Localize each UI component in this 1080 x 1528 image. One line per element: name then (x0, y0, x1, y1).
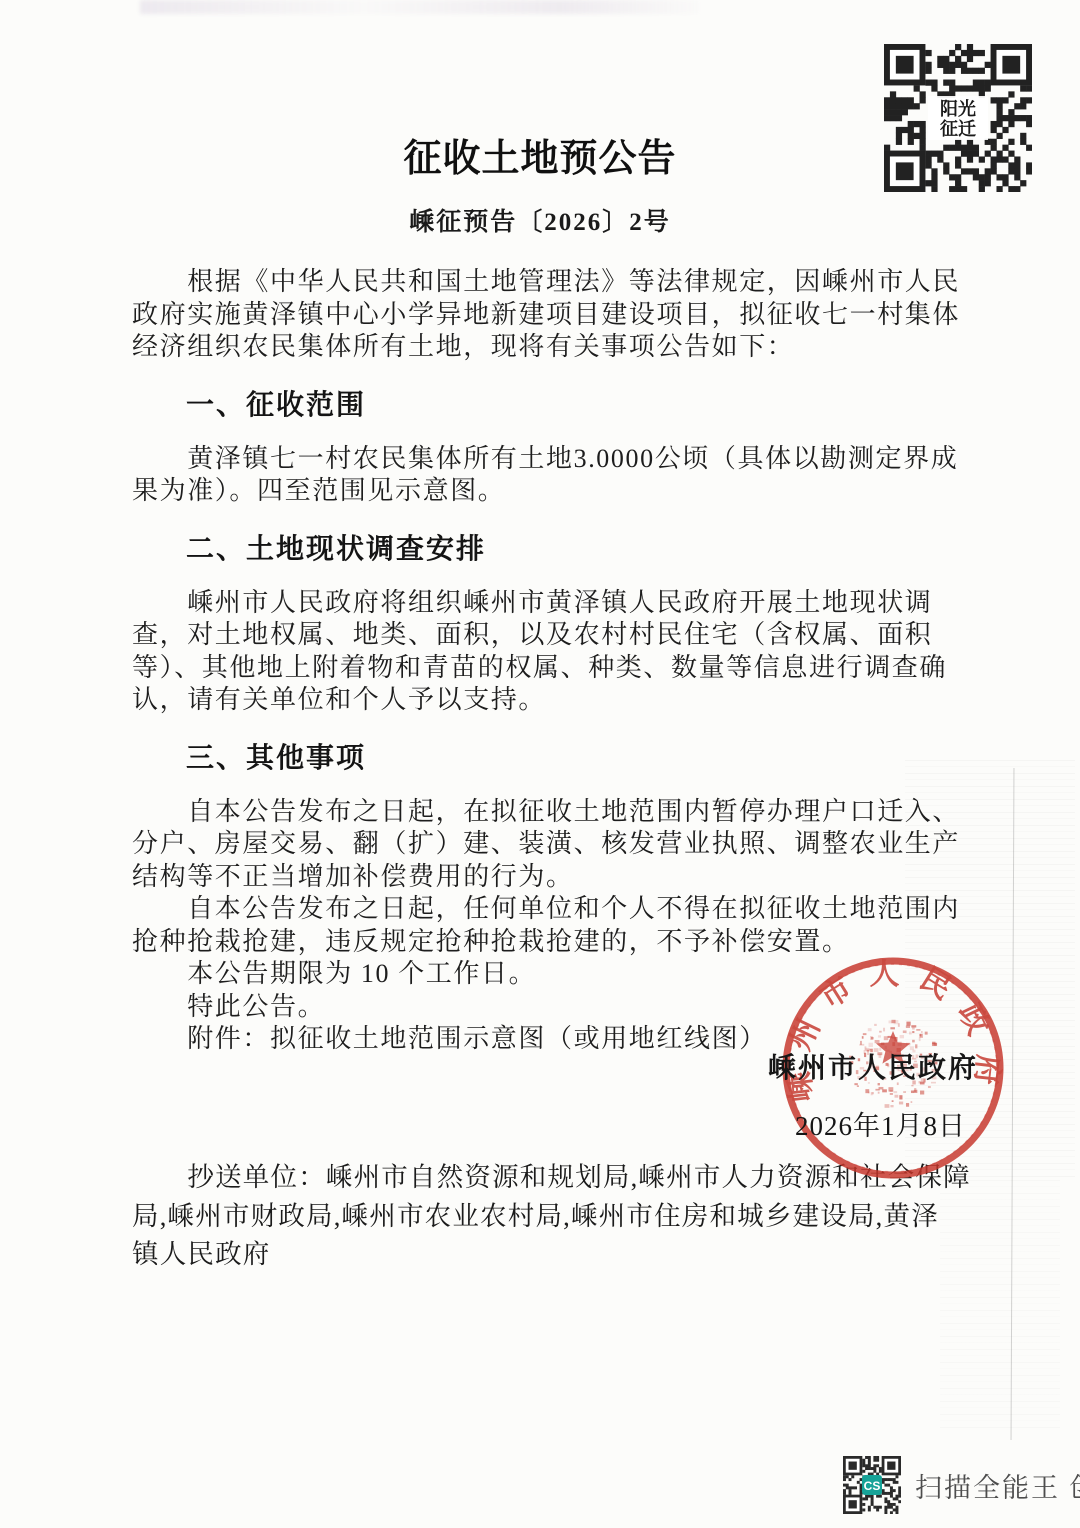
scan-fold-line (1011, 768, 1015, 1440)
camscanner-watermark: CS 扫描全能王 创建 (843, 1456, 1080, 1514)
cc-line: 镇人民政府 (132, 1235, 992, 1274)
paragraph: 嵊州市人民政府将组织嵊州市黄泽镇人民政府开展土地现状调查，对土地权属、地类、面积… (132, 587, 972, 717)
camscanner-qr-icon: CS (843, 1456, 901, 1514)
cc-line: 局,嵊州市财政局,嵊州市农业农村局,嵊州市住房和城乡建设局,黄泽 (132, 1197, 992, 1236)
section-heading: 三、其他事项 (186, 742, 972, 776)
issuer-name: 嵊州市人民政府 (660, 1046, 978, 1086)
scanned-document-page: 阳光征迁 征收土地预公告 嵊征预告〔2026〕2号 根据《中华人民共和国土地管理… (0, 0, 1080, 1528)
watermark-label: 扫描全能王 创建 (915, 1466, 1080, 1505)
page-title: 征收土地预公告 (0, 134, 1080, 184)
document-body: 根据《中华人民共和国土地管理法》等法律规定，因嵊州市人民政府实施黄泽镇中心小学异… (132, 266, 972, 1056)
paragraph: 自本公告发布之日起，任何单位和个人不得在拟征收土地范围内抢种抢栽抢建，违反规定抢… (132, 893, 972, 958)
section-heading: 一、征收范围 (186, 389, 972, 423)
svg-text:阳光: 阳光 (940, 98, 976, 119)
section-heading: 二、土地现状调查安排 (186, 533, 972, 567)
paragraph: 黄泽镇七一村农民集体所有土地3.0000公顷（具体以勘测定界成果为准）。四至范围… (132, 443, 972, 508)
issue-date: 2026年1月8日 (660, 1104, 978, 1143)
scan-smudge (140, 0, 700, 14)
svg-text:CS: CS (864, 1479, 881, 1493)
paragraph: 根据《中华人民共和国土地管理法》等法律规定，因嵊州市人民政府实施黄泽镇中心小学异… (132, 266, 972, 364)
document-number: 嵊征预告〔2026〕2号 (0, 205, 1080, 241)
signature-block: 嵊州市人民政府 2026年1月8日 (660, 1046, 978, 1143)
paragraph: 自本公告发布之日起，在拟征收土地范围内暂停办理户口迁入、分户、房屋交易、翻（扩）… (132, 796, 972, 894)
